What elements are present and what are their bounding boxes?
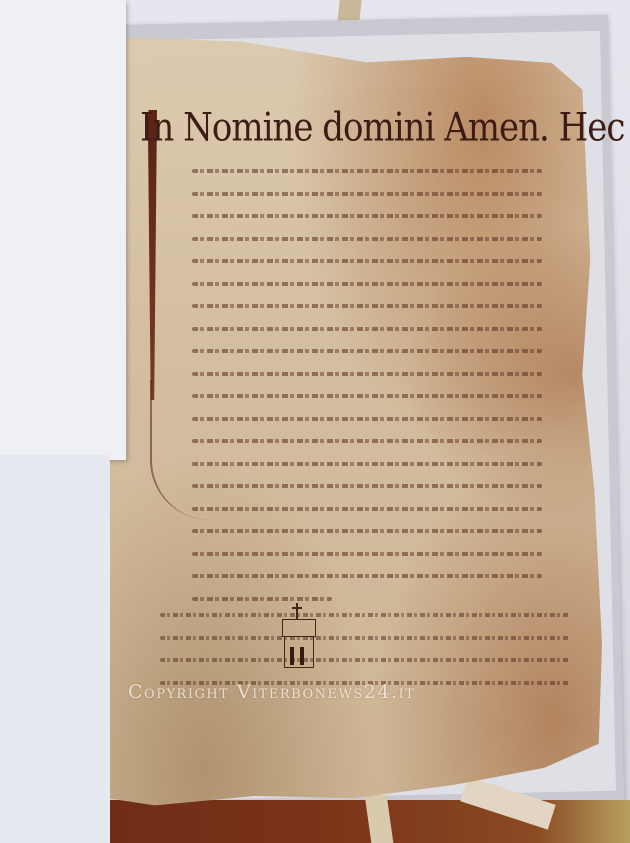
- script-line: [192, 295, 542, 318]
- notarial-sign-icon: [278, 603, 318, 667]
- script-line: [192, 430, 542, 453]
- script-line: [192, 498, 542, 521]
- white-paper-sheet: [0, 0, 126, 460]
- script-line: [192, 228, 542, 251]
- script-line: [192, 183, 542, 206]
- script-line: [192, 543, 542, 566]
- script-line: [192, 520, 542, 543]
- script-line: [160, 649, 570, 672]
- script-line: [192, 273, 542, 296]
- script-line: [192, 475, 542, 498]
- script-line: [192, 160, 542, 183]
- copyright-watermark: Copyright Viterbonews24.it: [128, 681, 568, 703]
- script-line: [192, 250, 542, 273]
- script-line: [192, 205, 542, 228]
- cross-icon: [296, 603, 298, 619]
- script-line: [192, 453, 542, 476]
- script-line: [192, 340, 542, 363]
- manuscript-body: [192, 160, 542, 610]
- script-line: [192, 363, 542, 386]
- white-paper-sheet-lower: [0, 455, 110, 843]
- script-line: [192, 408, 542, 431]
- script-line: [192, 318, 542, 341]
- script-line: [160, 604, 570, 627]
- script-line: [192, 565, 542, 588]
- script-line: [192, 385, 542, 408]
- script-line: [160, 627, 570, 650]
- manuscript-photo: In Nomine domini Amen. Hec est: [0, 0, 630, 843]
- manuscript-heading: In Nomine domini Amen. Hec est: [140, 105, 500, 151]
